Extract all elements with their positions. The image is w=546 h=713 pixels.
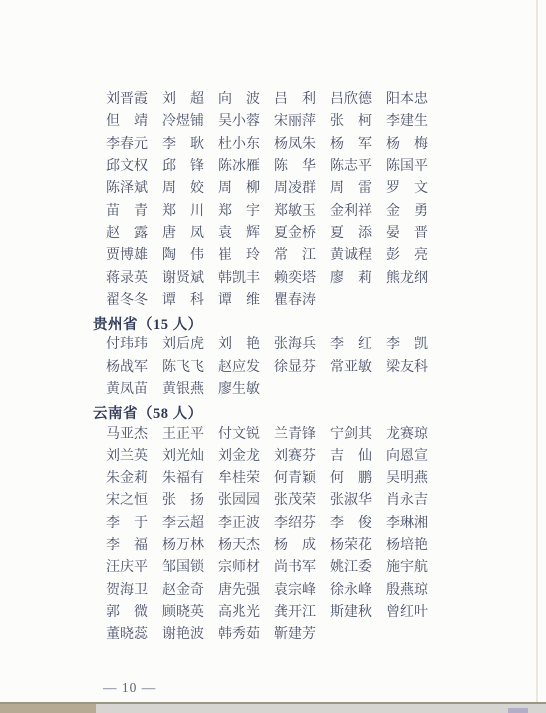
person-name: 刘兰英 [106,450,148,464]
person-name: 施宇航 [386,561,428,575]
person-name: 张茂荣 [274,494,316,508]
person-name: 宋之恒 [106,494,148,508]
person-name: 廖莉 [330,272,372,286]
person-name: 夏金桥 [274,227,316,241]
name-row: 付玮玮刘后虎刘艳张海兵李红李凯 [0,334,546,356]
person-name: 吉仙 [330,450,372,464]
person-name: 周柳 [218,182,260,196]
person-name: 徐显芬 [274,361,316,375]
person-name: 蒋录英 [106,272,148,286]
person-name: 顾晓英 [162,606,204,620]
person-name: 马亚杰 [106,428,148,442]
person-name: 唐凤 [162,227,204,241]
person-name: 杨培艳 [386,539,428,553]
name-list: 刘晋霞刘超向波吕利吕欣德阳本忠但靖冷煜铺吴小蓉宋丽萍张柯李建生李春元李耿杜小东杨… [0,89,546,646]
person-name: 廖生敏 [218,383,260,397]
person-name: 谢艳波 [162,628,204,642]
person-name: 杨战军 [106,361,148,375]
person-name: 宁剑其 [330,428,372,442]
person-name: 刘光灿 [162,450,204,464]
name-row: 朱金莉朱福有牟桂荣何青颖何鹏吴明燕 [0,468,546,490]
name-row: 刘兰英刘光灿刘金龙刘赛芬吉仙向恩宣 [0,446,546,468]
person-name: 董晓蕊 [106,628,148,642]
person-name: 徐永峰 [330,584,372,598]
name-row: 刘晋霞刘超向波吕利吕欣德阳本忠 [0,89,546,111]
person-name: 张柯 [330,115,372,129]
person-name: 梁友科 [386,361,428,375]
name-row: 黄凤苗黄银燕廖生敏 [0,379,546,401]
person-name: 李耿 [162,138,204,152]
person-name: 崔玲 [218,249,260,263]
person-name: 韩秀茹 [218,628,260,642]
person-name: 郑宇 [218,205,260,219]
person-name: 陈国平 [386,160,428,174]
person-name: 黄诚程 [330,249,372,263]
person-name: 翟冬冬 [106,294,148,308]
person-name: 瞿春涛 [274,294,316,308]
name-row: 苗青郑川郑宇郑敏玉金利祥金勇 [0,200,546,222]
person-name: 邱文权 [106,160,148,174]
name-row: 蒋录英谢贤斌韩凯丰赖奕塔廖莉熊龙纲 [0,267,546,289]
person-name: 张园园 [218,494,260,508]
person-name: 袁宗峰 [274,584,316,598]
person-name: 刘艳 [218,338,260,352]
person-name: 曾红叶 [386,606,428,620]
person-name: 陶伟 [162,249,204,263]
name-row: 郭微顾晓英高兆光龚开江斯建秋曾红叶 [0,602,546,624]
person-name: 郑敏玉 [274,205,316,219]
scan-edge-line [536,0,538,713]
person-name: 杨天杰 [218,539,260,553]
person-name: 李云超 [162,517,204,531]
person-name: 李春元 [106,138,148,152]
person-name: 袁辉 [218,227,260,241]
person-name: 汪庆平 [106,561,148,575]
name-row: 杨战军陈飞飞赵应发徐显芬常亚敏梁友科 [0,357,546,379]
scan-bottom-left-shade [0,704,96,713]
name-row: 陈泽斌周姣周柳周凌群周雷罗文 [0,178,546,200]
person-name: 刘金龙 [218,450,260,464]
person-name: 常江 [274,249,316,263]
person-name: 谭科 [162,294,204,308]
person-name: 赵金奇 [162,584,204,598]
document-page: 刘晋霞刘超向波吕利吕欣德阳本忠但靖冷煜铺吴小蓉宋丽萍张柯李建生李春元李耿杜小东杨… [0,0,546,713]
person-name: 邹国锁 [162,561,204,575]
person-name: 牟桂荣 [218,472,260,486]
person-name: 李琳湘 [386,517,428,531]
person-name: 殷燕琼 [386,584,428,598]
person-name: 张淑华 [330,494,372,508]
person-name: 刘后虎 [162,338,204,352]
name-row: 李春元李耿杜小东杨凤朱杨军杨梅 [0,134,546,156]
person-name: 龚开江 [274,606,316,620]
person-name: 宗师材 [218,561,260,575]
name-row: 邱文权邱锋陈冰雁陈华陈志平陈国平 [0,156,546,178]
person-name: 彭亮 [386,249,428,263]
person-name: 李红 [330,338,372,352]
person-name: 姚江委 [330,561,372,575]
name-row: 贺海卫赵金奇唐先强袁宗峰徐永峰殷燕琼 [0,580,546,602]
person-name: 黄凤苗 [106,383,148,397]
person-name: 吕欣德 [330,93,372,107]
person-name: 杨军 [330,138,372,152]
person-name: 杜小东 [218,138,260,152]
person-name: 李福 [106,539,148,553]
person-name: 尚书军 [274,561,316,575]
person-name: 熊龙纲 [386,272,428,286]
person-name: 李于 [106,517,148,531]
person-name: 朱金莉 [106,472,148,486]
person-name: 李正波 [218,517,260,531]
person-name: 晏晋 [386,227,428,241]
person-name: 李绍芬 [274,517,316,531]
person-name: 高兆光 [218,606,260,620]
name-row: 宋之恒张扬张园园张茂荣张淑华肖永吉 [0,490,546,512]
name-row: 董晓蕊谢艳波韩秀茹靳建芳 [0,624,546,646]
person-name: 赖奕塔 [274,272,316,286]
person-name: 谢贤斌 [162,272,204,286]
person-name: 宋丽萍 [274,115,316,129]
person-name: 金利祥 [330,205,372,219]
person-name: 杨梅 [386,138,428,152]
name-row: 李于李云超李正波李绍芬李俊李琳湘 [0,513,546,535]
person-name: 周凌群 [274,182,316,196]
person-name: 张扬 [162,494,204,508]
person-name: 郑川 [162,205,204,219]
section-header: 贵州省（15 人） [0,312,546,334]
person-name: 吴明燕 [386,472,428,486]
person-name: 罗文 [386,182,428,196]
person-name: 吕利 [274,93,316,107]
name-row: 但靖冷煜铺吴小蓉宋丽萍张柯李建生 [0,111,546,133]
person-name: 何鹏 [330,472,372,486]
person-name: 朱福有 [162,472,204,486]
person-name: 吴小蓉 [218,115,260,129]
name-row: 马亚杰王正平付文锐兰青锋宁剑其龙赛琼 [0,423,546,445]
person-name: 杨荣花 [330,539,372,553]
person-name: 周雷 [330,182,372,196]
person-name: 李俊 [330,517,372,531]
person-name: 兰青锋 [274,428,316,442]
person-name: 郭微 [106,606,148,620]
person-name: 陈华 [274,160,316,174]
person-name: 靳建芳 [274,628,316,642]
person-name: 常亚敏 [330,361,372,375]
person-name: 张海兵 [274,338,316,352]
person-name: 但靖 [106,115,148,129]
page-number: — 10 — [103,680,156,696]
person-name: 向波 [218,93,260,107]
person-name: 付玮玮 [106,338,148,352]
person-name: 谭维 [218,294,260,308]
person-name: 韩凯丰 [218,272,260,286]
name-row: 贾博雄陶伟崔玲常江黄诚程彭亮 [0,245,546,267]
person-name: 王正平 [162,428,204,442]
person-name: 何青颖 [274,472,316,486]
person-name: 李建生 [386,115,428,129]
person-name: 金勇 [386,205,428,219]
person-name: 邱锋 [162,160,204,174]
person-name: 刘超 [162,93,204,107]
person-name: 陈泽斌 [106,182,148,196]
person-name: 夏添 [330,227,372,241]
person-name: 龙赛琼 [386,428,428,442]
person-name: 刘晋霞 [106,93,148,107]
person-name: 唐先强 [218,584,260,598]
name-row: 翟冬冬谭科谭维瞿春涛 [0,290,546,312]
person-name: 付文锐 [218,428,260,442]
person-name: 赵应发 [218,361,260,375]
person-name: 赵露 [106,227,148,241]
section-header: 云南省（58 人） [0,401,546,423]
person-name: 斯建秋 [330,606,372,620]
person-name: 向恩宣 [386,450,428,464]
person-name: 周姣 [162,182,204,196]
person-name: 苗青 [106,205,148,219]
person-name: 冷煜铺 [162,115,204,129]
person-name: 贾博雄 [106,249,148,263]
person-name: 肖永吉 [386,494,428,508]
scan-bottom-accent [508,708,528,713]
name-row: 汪庆平邹国锁宗师材尚书军姚江委施宇航 [0,557,546,579]
person-name: 李凯 [386,338,428,352]
person-name: 杨万林 [162,539,204,553]
name-row: 赵露唐凤袁辉夏金桥夏添晏晋 [0,223,546,245]
person-name: 陈冰雁 [218,160,260,174]
person-name: 陈志平 [330,160,372,174]
person-name: 黄银燕 [162,383,204,397]
name-row: 李福杨万林杨天杰杨成杨荣花杨培艳 [0,535,546,557]
person-name: 陈飞飞 [162,361,204,375]
person-name: 杨成 [274,539,316,553]
person-name: 杨凤朱 [274,138,316,152]
person-name: 阳本忠 [386,93,428,107]
person-name: 贺海卫 [106,584,148,598]
person-name: 刘赛芬 [274,450,316,464]
